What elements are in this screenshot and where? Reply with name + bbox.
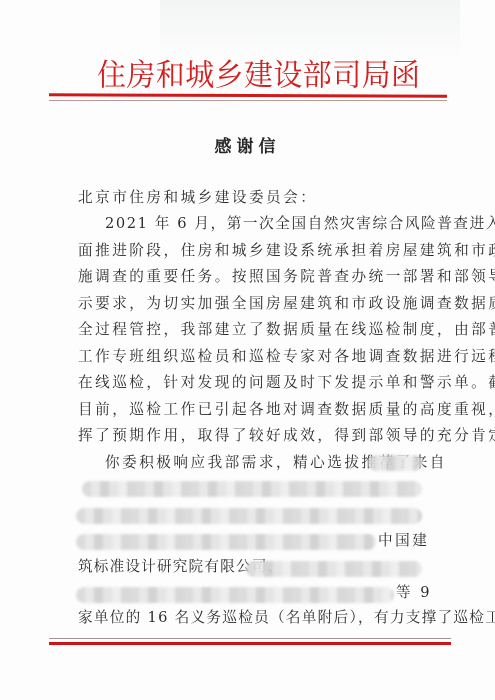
paragraph-line: 施调查的重要任务。按照国务院普查办统一部署和部领导指 (78, 267, 422, 287)
letter-page: 住房和城乡建设部司局函 感谢信 北京市住房和城乡建设委员会： 2021 年 6 … (0, 0, 495, 700)
paragraph-line: 示要求，为切实加强全国房屋建筑和市政设施调查数据质量 (78, 294, 422, 314)
redacted-region (82, 481, 422, 497)
paragraph-line: 面推进阶段，住房和城乡建设系统承担着房屋建筑和市政设 (78, 241, 422, 261)
paragraph-line: 挥了预期作用，取得了较好成效，得到部领导的充分肯定。 (78, 426, 422, 446)
paragraph-line: 目前，巡检工作已引起各地对调查数据质量的高度重视，发 (78, 400, 422, 420)
letterhead-thin-rule (49, 100, 447, 101)
paragraph-line: 筑标准设计研究院有限公司、 (78, 557, 268, 577)
paragraph-line: 家单位的 16 名义务巡检员（名单附后），有力支撑了巡检工 (78, 608, 422, 628)
paragraph-line: 在线巡检，针对发现的问题及时下发提示单和警示单。截至 (78, 373, 422, 393)
letterhead-red-rule (49, 93, 447, 97)
redacted-region (76, 587, 394, 603)
letterhead-title: 住房和城乡建设部司局函 (97, 57, 399, 95)
paragraph-line: 你委积极响应我部需求，精心选拔推荐了来自 (105, 453, 335, 473)
paragraph-line: 全过程管控，我部建立了数据质量在线巡检制度，由部普查 (78, 320, 422, 340)
redacted-region (368, 455, 422, 471)
footer-red-rule (49, 642, 451, 645)
redacted-region (76, 508, 422, 524)
scan-shading (160, 0, 460, 60)
paragraph-line: 工作专班组织巡检员和巡检专家对各地调查数据进行远程 (78, 347, 422, 367)
paragraph-line: 2021 年 6 月，第一次全国自然灾害综合风险普查进入全 (105, 214, 422, 234)
redacted-region (246, 561, 422, 577)
document-title: 感谢信 (0, 132, 495, 157)
paragraph-fragment: 中国建 (378, 531, 429, 551)
paragraph-fragment: 等 9 (396, 583, 432, 603)
footer-thin-rule (49, 638, 451, 639)
redacted-region (76, 534, 376, 550)
salutation: 北京市住房和城乡建设委员会： (78, 188, 422, 208)
